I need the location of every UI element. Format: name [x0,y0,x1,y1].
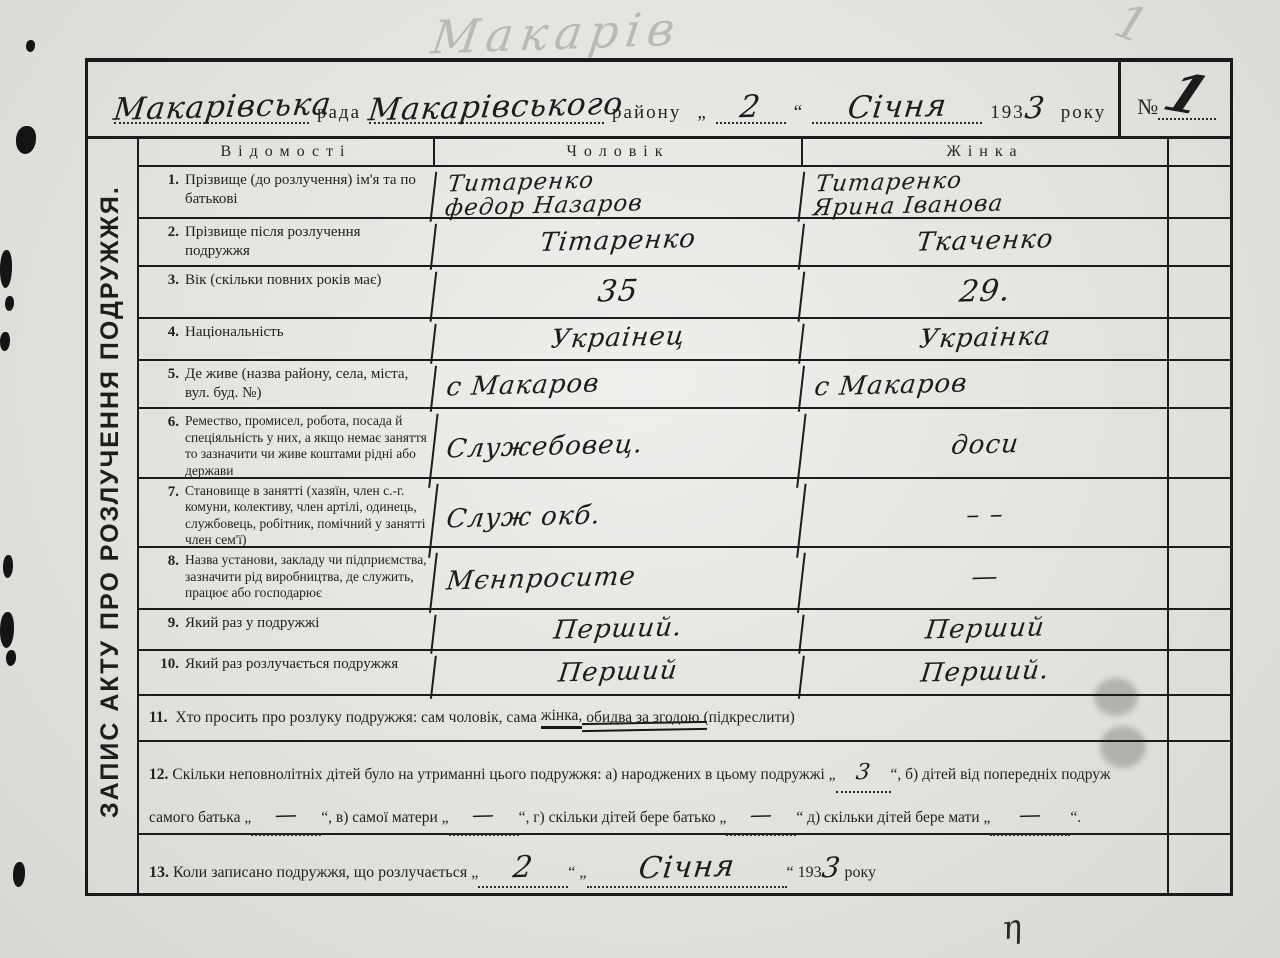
row-number: 13. [149,864,169,881]
row-number: 8. [149,552,185,604]
row12-text-f: “. [1070,809,1081,826]
row-label: Вік (скільки повних років має) [185,271,427,313]
row-label: Ремество, промисел, робота, посада й спе… [185,413,427,479]
year-label: року [1061,102,1106,124]
quote-close: “ [794,102,804,124]
scanned-divorce-record: { "pencil": { "top_note": "Макарів", "to… [0,0,1280,958]
row-number: 6. [149,413,185,479]
form-table: Відомості Чоловік Жінка 1.Прізвище (до р… [139,139,1230,893]
form-header: Макарівська рада Макарівського району „ … [88,62,1230,139]
table-row-9: 9.Який раз у подружжі Перший. Перший [139,610,1230,651]
number-value: 1 [1155,61,1220,128]
husband-entry: Титаренко федор Назаров [430,163,805,223]
table-row-10: 10.Який раз розлучається подружжя Перший… [139,651,1230,696]
form-body: ЗАПИС АКТУ ПРО РОЗЛУЧЕННЯ ПОДРУЖЖЯ. Відо… [88,139,1230,893]
number-blank: 1 [1158,62,1216,120]
ink-blob [6,650,16,666]
table-row-6: 6.Ремество, промисел, робота, посада й с… [139,409,1230,478]
month-blank: Січня [812,89,982,124]
table-row-3: 3.Вік (скільки повних років має) 35 29. [139,267,1230,319]
pencil-note-top: Макарів [428,1,685,64]
side-strip: ЗАПИС АКТУ ПРО РОЗЛУЧЕННЯ ПОДРУЖЖЯ. [88,139,139,893]
column-header-wife: Жінка [801,139,1167,165]
empty-cell [1167,610,1230,649]
column-header-empty [1167,139,1230,165]
table-row-5: 5.Де живе (назва району, села, міста, ву… [139,361,1230,409]
record-day-value: 2 [510,844,536,893]
table-header-row: Відомості Чоловік Жінка [139,139,1230,167]
row-number: 2. [149,223,185,261]
record-month-blank: Січня [587,844,787,888]
mother-prior-children-blank: — [449,793,519,836]
rada-blank: Макарівська [114,89,309,124]
table-row-2: 2.Прізвище після розлучення подружжя Тіт… [139,219,1230,267]
row-number: 4. [149,323,185,355]
year-prefix: 193 [990,102,1025,123]
stray-ink-mark: η [999,907,1024,948]
father-takes-blank: — [726,793,796,836]
column-header-husband: Чоловік [433,139,801,165]
father-prior-children-blank: — [251,793,321,836]
ink-blob [0,250,12,288]
wife-entry: с Макаров [798,357,1170,413]
husband-entry: Тітаренко [430,215,804,271]
husband-entry: Перший [430,647,804,700]
rayon-value: Макарівського [367,86,626,129]
ink-blob [3,555,13,578]
record-day-blank: 2 [478,844,568,888]
row-number: 1. [149,171,185,213]
month-value: Січня [846,88,949,127]
row11-text: Хто просить про розлуку подружжя: сам чо… [176,709,537,727]
wife-entry: — [797,544,1171,614]
column-header-vidomosti: Відомості [139,139,433,165]
row-number: 10. [149,655,185,690]
row-label: Де живе (назва району, села, міста, вул.… [185,365,427,403]
underlined-choice-wife: жінка, [541,707,582,729]
wife-entry: Титаренко Ярина Іванова [798,163,1171,223]
day-value: 2 [738,89,763,126]
row13-text-b: “ „ [568,864,586,881]
ink-blob [13,862,25,887]
empty-cell [1167,319,1230,359]
table-row-4: 4.Національність Украінец Украінка [139,319,1230,361]
ink-blob [0,332,10,351]
empty-cell [1167,548,1230,608]
ink-blob [16,126,36,154]
record-number-cell: № 1 [1118,62,1230,136]
table-row-8: 8.Назва установи, закладу чи підприємств… [139,548,1230,610]
ink-blob [26,40,35,52]
row13-text-a: Коли записано подружжя, що розлучається … [173,864,478,881]
quote-open: „ [697,102,707,124]
row12-text-d: “, г) скільки дітей бере батько „ [519,809,727,826]
row-label: Становище в занятті (хазяїн, член с.-г. … [185,483,427,549]
table-row-7: 7.Становище в занятті (хазяїн, член с.-г… [139,479,1230,548]
row13-text-c: “ 1933 [787,864,841,881]
header-line: Макарівська рада Макарівського району „ … [88,62,1118,136]
children-born-blank: 3 [836,750,891,793]
row-number: 9. [149,614,185,645]
underlined-choice-both: обидва за згодою [586,709,699,727]
table-row-11: 11. Хто просить про розлуку подружжя: са… [139,696,1230,742]
empty-cell [1167,479,1230,553]
row-label: Назва установи, закладу чи підприємства,… [185,552,427,604]
wife-entry: 29. [798,263,1171,323]
table-row-1: 1.Прізвище (до розлучення) ім'я та по ба… [139,167,1230,219]
document-title-vertical: ЗАПИС АКТУ ПРО РОЗЛУЧЕННЯ ПОДРУЖЖЯ. [96,185,125,818]
row-label: Який раз розлучається подружжя [185,655,427,690]
wife-entry: Перший. [798,647,1170,700]
empty-cell [1167,167,1230,217]
row-number: 3. [149,271,185,313]
table-row-12: 12.Скільки неповнолітніх дітей було на у… [139,742,1230,835]
row-number: 7. [149,483,185,549]
row12-text-a: Скільки неповнолітніх дітей було на утри… [172,766,835,783]
row13-text-d: року [844,864,876,881]
day-blank: 2 [716,89,786,124]
empty-cell [1167,361,1230,407]
row12-text-e: “ д) скільки дітей бере мати „ [796,809,990,826]
pencil-page-number: 1 [1107,0,1155,56]
row12-text-c: “, в) самої матери „ [321,809,448,826]
ink-blob [0,612,14,648]
year-digit: 3 [1023,91,1047,127]
ink-blob [5,296,14,311]
number-sign: № [1137,94,1158,120]
empty-cell [1167,651,1230,694]
row-label: Прізвище (до розлучення) ім'я та по бать… [185,171,427,213]
record-month-value: Січня [636,843,738,893]
row-number: 11. [149,709,168,727]
empty-cell [1167,267,1230,317]
husband-entry: 35 [430,263,805,323]
row-label: Який раз у подружжі [185,614,427,645]
row-number: 5. [149,365,185,403]
empty-cell [1167,219,1230,265]
rada-value: Макарівська [112,86,334,128]
record-year-digit: 3 [819,846,843,891]
year-group: 1933 [990,91,1045,124]
husband-entry: с Макаров [430,357,804,413]
mother-takes-blank: — [990,793,1070,836]
table-row-13: 13.Коли записано подружжя, що розлучаєть… [139,835,1230,893]
row-number: 12. [149,766,168,783]
row-label: Національність [185,323,427,355]
husband-entry: Мєнпросите [429,544,805,614]
empty-cell [1167,409,1230,483]
children-born-value: 3 [853,750,873,795]
wife-entry: Ткаченко [798,215,1170,271]
row11-tail: (підкреслити) [703,709,794,727]
rayon-blank: Макарівського [369,89,604,124]
row-label: Прізвище після розлучення подружжя [185,223,427,261]
form-box: Макарівська рада Макарівського району „ … [85,58,1233,896]
